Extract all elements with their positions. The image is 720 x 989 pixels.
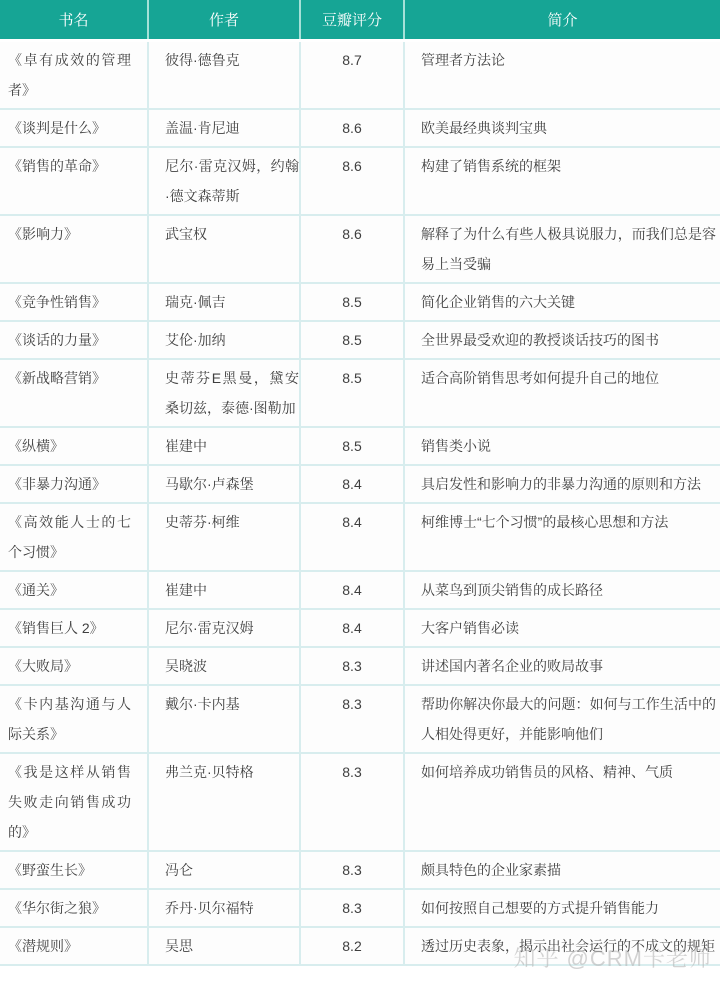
book-title-cell: 《非暴力沟通》	[0, 465, 148, 503]
book-intro-cell: 全世界最受欢迎的教授谈话技巧的图书	[404, 321, 720, 359]
column-header-book-title: 书名	[0, 0, 148, 40]
column-header-author: 作者	[148, 0, 300, 40]
book-rating-cell: 8.4	[300, 571, 404, 609]
book-intro-cell: 透过历史表象，揭示出社会运行的不成文的规矩	[404, 927, 720, 965]
book-author-cell: 瑞克·佩吉	[148, 283, 300, 321]
table-row: 《大败局》 吴晓波 8.3 讲述国内著名企业的败局故事	[0, 647, 720, 685]
book-rating-cell: 8.7	[300, 40, 404, 109]
book-author-cell: 弗兰克·贝特格	[148, 753, 300, 851]
table-row: 《影响力》 武宝权 8.6 解释了为什么有些人极具说服力，而我们总是容易上当受骗	[0, 215, 720, 283]
book-title-cell: 《通关》	[0, 571, 148, 609]
book-title-cell: 《高效能人士的七个习惯》	[0, 503, 148, 571]
book-intro-cell: 适合高阶销售思考如何提升自己的地位	[404, 359, 720, 427]
book-intro-cell: 柯维博士“七个习惯”的最核心思想和方法	[404, 503, 720, 571]
table-body: 《卓有成效的管理者》 彼得·德鲁克 8.7 管理者方法论 《谈判是什么》 盖温·…	[0, 40, 720, 965]
book-author-cell: 戴尔·卡内基	[148, 685, 300, 753]
book-title-cell: 《销售的革命》	[0, 147, 148, 215]
table-row: 《新战略营销》 史蒂芬E黑曼，黛安桑切兹，泰德·图勒加 8.5 适合高阶销售思考…	[0, 359, 720, 427]
book-author-cell: 冯仑	[148, 851, 300, 889]
book-intro-cell: 如何培养成功销售员的风格、精神、气质	[404, 753, 720, 851]
table-row: 《卓有成效的管理者》 彼得·德鲁克 8.7 管理者方法论	[0, 40, 720, 109]
book-title-cell: 《影响力》	[0, 215, 148, 283]
book-author-cell: 艾伦·加纳	[148, 321, 300, 359]
book-title-cell: 《卓有成效的管理者》	[0, 40, 148, 109]
book-intro-cell: 解释了为什么有些人极具说服力，而我们总是容易上当受骗	[404, 215, 720, 283]
book-rating-cell: 8.3	[300, 889, 404, 927]
book-author-cell: 吴晓波	[148, 647, 300, 685]
book-rating-cell: 8.6	[300, 215, 404, 283]
book-title-cell: 《卡内基沟通与人际关系》	[0, 685, 148, 753]
book-author-cell: 马歇尔·卢森堡	[148, 465, 300, 503]
book-title-cell: 《竞争性销售》	[0, 283, 148, 321]
table-row: 《卡内基沟通与人际关系》 戴尔·卡内基 8.3 帮助你解决你最大的问题：如何与工…	[0, 685, 720, 753]
book-intro-cell: 销售类小说	[404, 427, 720, 465]
book-rating-cell: 8.3	[300, 851, 404, 889]
book-intro-cell: 大客户销售必读	[404, 609, 720, 647]
book-title-cell: 《我是这样从销售失败走向销售成功的》	[0, 753, 148, 851]
book-author-cell: 盖温·肯尼迪	[148, 109, 300, 147]
book-author-cell: 吴思	[148, 927, 300, 965]
table-row: 《销售巨人 2》 尼尔·雷克汉姆 8.4 大客户销售必读	[0, 609, 720, 647]
book-title-cell: 《新战略营销》	[0, 359, 148, 427]
book-rating-cell: 8.5	[300, 359, 404, 427]
book-intro-cell: 构建了销售系统的框架	[404, 147, 720, 215]
book-author-cell: 乔丹·贝尔福特	[148, 889, 300, 927]
table-row: 《通关》 崔建中 8.4 从菜鸟到顶尖销售的成长路径	[0, 571, 720, 609]
table-row: 《我是这样从销售失败走向销售成功的》 弗兰克·贝特格 8.3 如何培养成功销售员…	[0, 753, 720, 851]
book-author-cell: 武宝权	[148, 215, 300, 283]
book-intro-cell: 帮助你解决你最大的问题：如何与工作生活中的人相处得更好，并能影响他们	[404, 685, 720, 753]
book-rating-cell: 8.5	[300, 321, 404, 359]
book-rating-cell: 8.3	[300, 647, 404, 685]
book-title-cell: 《谈话的力量》	[0, 321, 148, 359]
book-rating-cell: 8.5	[300, 427, 404, 465]
book-author-cell: 尼尔·雷克汉姆，约翰·德文森蒂斯	[148, 147, 300, 215]
book-title-cell: 《谈判是什么》	[0, 109, 148, 147]
book-rating-cell: 8.4	[300, 503, 404, 571]
column-header-douban-rating: 豆瓣评分	[300, 0, 404, 40]
book-intro-cell: 欧美最经典谈判宝典	[404, 109, 720, 147]
book-rating-cell: 8.3	[300, 753, 404, 851]
table-row: 《竞争性销售》 瑞克·佩吉 8.5 简化企业销售的六大关键	[0, 283, 720, 321]
book-rating-cell: 8.3	[300, 685, 404, 753]
book-intro-cell: 简化企业销售的六大关键	[404, 283, 720, 321]
book-title-cell: 《销售巨人 2》	[0, 609, 148, 647]
book-rating-cell: 8.4	[300, 465, 404, 503]
table-row: 《谈判是什么》 盖温·肯尼迪 8.6 欧美最经典谈判宝典	[0, 109, 720, 147]
table-header-row: 书名 作者 豆瓣评分 简介	[0, 0, 720, 40]
book-title-cell: 《野蛮生长》	[0, 851, 148, 889]
book-author-cell: 崔建中	[148, 571, 300, 609]
book-rating-cell: 8.6	[300, 147, 404, 215]
book-rating-cell: 8.4	[300, 609, 404, 647]
book-author-cell: 史蒂芬·柯维	[148, 503, 300, 571]
book-intro-cell: 颇具特色的企业家素描	[404, 851, 720, 889]
book-intro-cell: 具启发性和影响力的非暴力沟通的原则和方法	[404, 465, 720, 503]
book-author-cell: 崔建中	[148, 427, 300, 465]
book-intro-cell: 讲述国内著名企业的败局故事	[404, 647, 720, 685]
column-header-intro: 简介	[404, 0, 720, 40]
book-author-cell: 彼得·德鲁克	[148, 40, 300, 109]
book-title-cell: 《纵横》	[0, 427, 148, 465]
table-row: 《野蛮生长》 冯仑 8.3 颇具特色的企业家素描	[0, 851, 720, 889]
book-rating-cell: 8.5	[300, 283, 404, 321]
table-row: 《非暴力沟通》 马歇尔·卢森堡 8.4 具启发性和影响力的非暴力沟通的原则和方法	[0, 465, 720, 503]
table-row: 《纵横》 崔建中 8.5 销售类小说	[0, 427, 720, 465]
book-rating-cell: 8.2	[300, 927, 404, 965]
table-row: 《华尔街之狼》 乔丹·贝尔福特 8.3 如何按照自己想要的方式提升销售能力	[0, 889, 720, 927]
book-intro-cell: 如何按照自己想要的方式提升销售能力	[404, 889, 720, 927]
book-author-cell: 尼尔·雷克汉姆	[148, 609, 300, 647]
table-row: 《潜规则》 吴思 8.2 透过历史表象，揭示出社会运行的不成文的规矩	[0, 927, 720, 965]
book-intro-cell: 管理者方法论	[404, 40, 720, 109]
book-title-cell: 《华尔街之狼》	[0, 889, 148, 927]
table-row: 《销售的革命》 尼尔·雷克汉姆，约翰·德文森蒂斯 8.6 构建了销售系统的框架	[0, 147, 720, 215]
table-row: 《谈话的力量》 艾伦·加纳 8.5 全世界最受欢迎的教授谈话技巧的图书	[0, 321, 720, 359]
book-author-cell: 史蒂芬E黑曼，黛安桑切兹，泰德·图勒加	[148, 359, 300, 427]
book-title-cell: 《大败局》	[0, 647, 148, 685]
book-rating-cell: 8.6	[300, 109, 404, 147]
book-rating-table: 书名 作者 豆瓣评分 简介 《卓有成效的管理者》 彼得·德鲁克 8.7 管理者方…	[0, 0, 720, 966]
book-title-cell: 《潜规则》	[0, 927, 148, 965]
book-intro-cell: 从菜鸟到顶尖销售的成长路径	[404, 571, 720, 609]
table-row: 《高效能人士的七个习惯》 史蒂芬·柯维 8.4 柯维博士“七个习惯”的最核心思想…	[0, 503, 720, 571]
